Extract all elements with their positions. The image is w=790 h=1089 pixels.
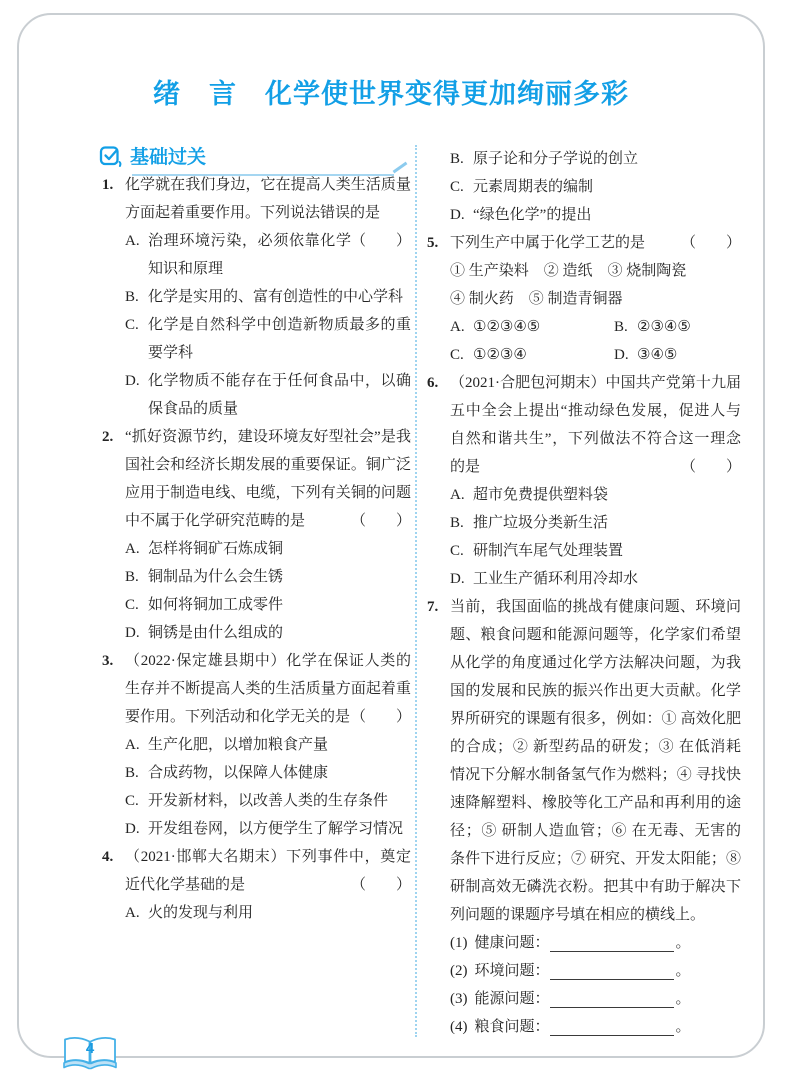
blank-text: 健康问题： [475, 929, 550, 957]
question-5-stem-text: 下列生产中属于化学工艺的是 [450, 235, 645, 251]
question-5-option-d: D. ③④⑤ [614, 341, 741, 369]
question-3-number: 3. [102, 647, 113, 675]
column-divider [415, 145, 417, 1037]
blank-label: (3) [450, 985, 468, 1013]
option-text: 铜锈是由什么组成的 [148, 619, 411, 647]
question-4-stem: （2021·邯郸大名期末）下列事件中，奠定近代化学基础的是 （ ） [125, 843, 411, 899]
section-header: 基础过关 [99, 142, 206, 169]
option-text: 化学是自然科学中创造新物质最多的重要学科 [148, 311, 411, 367]
question-5-option-c: C. ①②③④ [450, 341, 614, 369]
question-1-option-b: B. 化学是实用的、富有创造性的中心学科 [125, 283, 411, 311]
question-7-stem: 当前，我国面临的挑战有健康问题、环境问题、粮食问题和能源问题等，化学家们希望从化… [450, 593, 741, 929]
option-label: C. [450, 173, 473, 201]
option-text: 开发新材料，以改善人类的生存条件 [148, 787, 411, 815]
question-4-answer-bracket: （ ） [351, 871, 411, 899]
option-text: 化学物质不能存在于任何食品中，以确保食品的质量 [148, 367, 411, 423]
option-text: “绿色化学”的提出 [473, 201, 741, 229]
question-5-option-b: B. ②③④⑤ [614, 313, 741, 341]
option-text: 火的发现与利用 [148, 899, 411, 927]
option-text: 化学是实用的、富有创造性的中心学科 [148, 283, 411, 311]
left-column: 1. 化学就在我们身边，它在提高人类生活质量方面起着重要作用。下列说法错误的是 … [102, 171, 411, 927]
option-label: A. [125, 899, 148, 927]
workbook-page: 绪 言 化学使世界变得更加绚丽多彩 基础过关 1. 化学就在我们身边，它在提高人… [0, 0, 790, 1089]
option-text: 超市免费提供塑料袋 [473, 481, 741, 509]
question-1-stem: 化学就在我们身边，它在提高人类生活质量方面起着重要作用。下列说法错误的是 （ ） [125, 171, 411, 227]
question-3-option-c: C. 开发新材料，以改善人类的生存条件 [125, 787, 411, 815]
option-text: 怎样将铜矿石炼成铜 [148, 535, 411, 563]
question-1-answer-bracket: （ ） [351, 227, 411, 255]
option-text: 元素周期表的编制 [473, 173, 741, 201]
question-7-stem-text: 当前，我国面临的挑战有健康问题、环境问题、粮食问题和能源问题等，化学家们希望从化… [450, 599, 741, 923]
option-text: ②③④⑤ [637, 313, 741, 341]
question-5-option-a: A. ①②③④⑤ [450, 313, 614, 341]
option-text: 工业生产循环利用冷却水 [473, 565, 741, 593]
option-text: ③④⑤ [637, 341, 741, 369]
blank-text: 能源问题： [475, 985, 550, 1013]
question-5-answer-bracket: （ ） [681, 229, 741, 257]
option-label: C. [125, 787, 148, 815]
option-text: 研制汽车尾气处理装置 [473, 537, 741, 565]
question-3-option-b: B. 合成药物，以保障人体健康 [125, 759, 411, 787]
question-2-stem: “抓好资源节约，建设环境友好型社会”是我国社会和经济长期发展的重要保证。铜广泛应… [125, 423, 411, 535]
blank-suffix: 。 [676, 929, 691, 957]
blank-suffix: 。 [676, 985, 691, 1013]
question-4-number: 4. [102, 843, 113, 871]
question-6-option-d: D. 工业生产循环利用冷却水 [450, 565, 741, 593]
question-2-option-a: A. 怎样将铜矿石炼成铜 [125, 535, 411, 563]
page-title: 绪 言 化学使世界变得更加绚丽多彩 [19, 72, 763, 111]
blank-text: 粮食问题： [475, 1013, 550, 1041]
option-label: D. [614, 341, 637, 369]
option-label: D. [450, 565, 473, 593]
answer-blank-line [550, 965, 674, 980]
question-2-answer-bracket: （ ） [351, 507, 411, 535]
option-label: C. [125, 311, 148, 367]
blank-label: (1) [450, 929, 468, 957]
question-6-number: 6. [427, 369, 438, 397]
question-7-blank-1: (1) 健康问题： 。 [450, 929, 741, 957]
question-1-number: 1. [102, 171, 113, 199]
question-7-blank-4: (4) 粮食问题： 。 [450, 1013, 741, 1041]
question-6-option-b: B. 推广垃圾分类新生活 [450, 509, 741, 537]
option-text: 推广垃圾分类新生活 [473, 509, 741, 537]
option-label: A. [125, 535, 148, 563]
option-label: D. [125, 815, 148, 843]
question-1-option-c: C. 化学是自然科学中创造新物质最多的重要学科 [125, 311, 411, 367]
question-4: 4. （2021·邯郸大名期末）下列事件中，奠定近代化学基础的是 （ ） A. … [102, 843, 411, 927]
question-7-blank-3: (3) 能源问题： 。 [450, 985, 741, 1013]
question-1-stem-text: 化学就在我们身边，它在提高人类生活质量方面起着重要作用。下列说法错误的是 [125, 177, 411, 221]
option-label: A. [450, 481, 473, 509]
question-3: 3. （2022·保定雄县期中）化学在保证人类的生存并不断提高人类的生活质量方面… [102, 647, 411, 843]
question-4-options-continued: B. 原子论和分子学说的创立 C. 元素周期表的编制 D. “绿色化学”的提出 [427, 145, 741, 229]
option-text: 生产化肥，以增加粮食产量 [148, 731, 411, 759]
question-4-option-a: A. 火的发现与利用 [125, 899, 411, 927]
question-4-option-d: D. “绿色化学”的提出 [450, 201, 741, 229]
option-text: 开发组卷网，以方便学生了解学习情况 [148, 815, 411, 843]
option-label: D. [450, 201, 473, 229]
option-label: B. [125, 759, 148, 787]
question-3-answer-bracket: （ ） [351, 703, 411, 731]
question-7-number: 7. [427, 593, 438, 621]
checkbox-check-icon [99, 144, 123, 168]
question-6-answer-bracket: （ ） [681, 453, 741, 481]
option-text: 铜制品为什么会生锈 [148, 563, 411, 591]
question-4-option-b: B. 原子论和分子学说的创立 [450, 145, 741, 173]
question-7-blank-2: (2) 环境问题： 。 [450, 957, 741, 985]
option-label: B. [614, 313, 637, 341]
option-label: D. [125, 367, 148, 423]
option-text: 如何将铜加工成零件 [148, 591, 411, 619]
option-label: B. [450, 145, 473, 173]
blank-label: (2) [450, 957, 468, 985]
option-label: A. [125, 731, 148, 759]
question-2: 2. “抓好资源节约，建设环境友好型社会”是我国社会和经济长期发展的重要保证。铜… [102, 423, 411, 647]
blank-suffix: 。 [676, 957, 691, 985]
question-6: 6. （2021·合肥包河期末）中国共产党第十九届五中全会上提出“推动绿色发展，… [427, 369, 741, 593]
option-text: 治理环境污染，必须依靠化学知识和原理 [148, 227, 351, 283]
option-label: B. [450, 509, 473, 537]
option-text: 合成药物，以保障人体健康 [148, 759, 411, 787]
question-2-number: 2. [102, 423, 113, 451]
question-6-stem: （2021·合肥包河期末）中国共产党第十九届五中全会上提出“推动绿色发展，促进人… [450, 369, 741, 481]
question-5-options-row-2: C. ①②③④ D. ③④⑤ [450, 341, 741, 369]
option-text: 原子论和分子学说的创立 [473, 145, 741, 173]
question-5-items-line-2: ④ 制火药 ⑤ 制造青铜器 [450, 285, 741, 313]
question-5-items-line-1: ① 生产染料 ② 造纸 ③ 烧制陶瓷 [450, 257, 741, 285]
page-card: 绪 言 化学使世界变得更加绚丽多彩 基础过关 1. 化学就在我们身边，它在提高人… [17, 13, 765, 1058]
page-number-book: 4 [61, 1033, 119, 1073]
question-6-option-c: C. 研制汽车尾气处理装置 [450, 537, 741, 565]
question-5: 5. 下列生产中属于化学工艺的是 （ ） ① 生产染料 ② 造纸 ③ 烧制陶瓷 … [427, 229, 741, 369]
question-5-number: 5. [427, 229, 438, 257]
option-label: D. [125, 619, 148, 647]
page-number: 4 [61, 1040, 119, 1057]
option-label: A. [450, 313, 473, 341]
answer-blank-line [550, 1021, 674, 1036]
option-label: C. [450, 537, 473, 565]
question-1-option-d: D. 化学物质不能存在于任何食品中，以确保食品的质量 [125, 367, 411, 423]
question-4-option-c: C. 元素周期表的编制 [450, 173, 741, 201]
blank-suffix: 。 [676, 1013, 691, 1041]
question-1-option-a: A. 治理环境污染，必须依靠化学知识和原理 [125, 227, 351, 283]
section-header-label: 基础过关 [130, 142, 206, 169]
question-2-option-c: C. 如何将铜加工成零件 [125, 591, 411, 619]
question-2-option-d: D. 铜锈是由什么组成的 [125, 619, 411, 647]
question-5-options-row-1: A. ①②③④⑤ B. ②③④⑤ [450, 313, 741, 341]
question-6-option-a: A. 超市免费提供塑料袋 [450, 481, 741, 509]
question-7: 7. 当前，我国面临的挑战有健康问题、环境问题、粮食问题和能源问题等，化学家们希… [427, 593, 741, 1041]
question-5-stem: 下列生产中属于化学工艺的是 （ ） [450, 229, 741, 257]
option-text: ①②③④ [473, 341, 614, 369]
question-3-option-a: A. 生产化肥，以增加粮食产量 [125, 731, 411, 759]
answer-blank-line [550, 937, 674, 952]
blank-text: 环境问题： [475, 957, 550, 985]
option-label: B. [125, 563, 148, 591]
question-2-option-b: B. 铜制品为什么会生锈 [125, 563, 411, 591]
question-3-stem: （2022·保定雄县期中）化学在保证人类的生存并不断提高人类的生活质量方面起着重… [125, 647, 411, 731]
blank-label: (4) [450, 1013, 468, 1041]
option-label: A. [125, 227, 148, 283]
option-label: C. [125, 591, 148, 619]
option-text: ①②③④⑤ [473, 313, 614, 341]
answer-blank-line [550, 993, 674, 1008]
option-label: C. [450, 341, 473, 369]
question-3-option-d: D. 开发组卷网，以方便学生了解学习情况 [125, 815, 411, 843]
option-label: B. [125, 283, 148, 311]
question-1: 1. 化学就在我们身边，它在提高人类生活质量方面起着重要作用。下列说法错误的是 … [102, 171, 411, 423]
right-column: B. 原子论和分子学说的创立 C. 元素周期表的编制 D. “绿色化学”的提出 … [427, 145, 741, 1041]
